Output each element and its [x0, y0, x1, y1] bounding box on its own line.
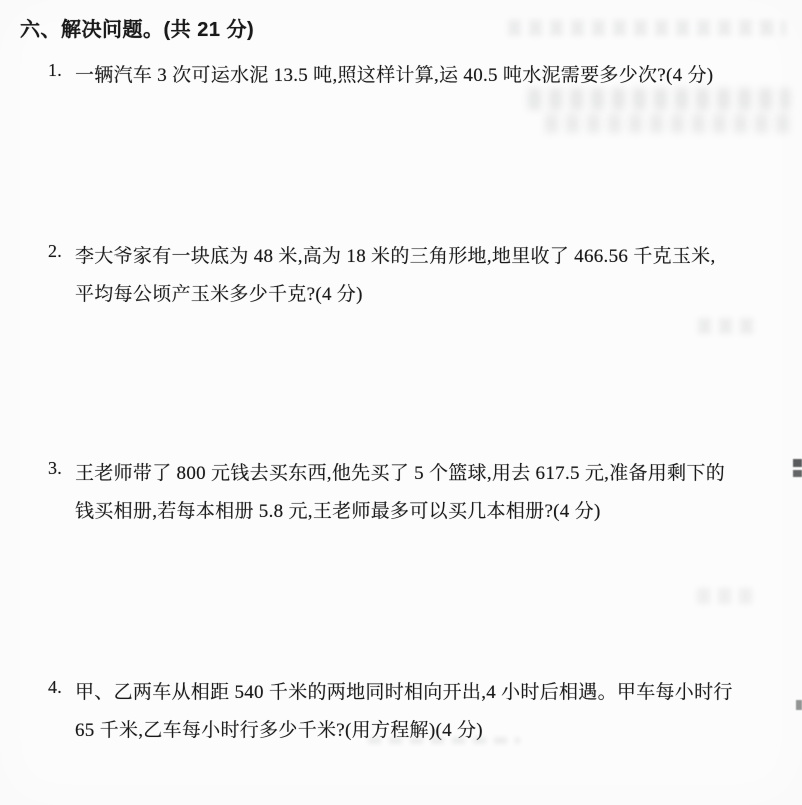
question-4-text: 甲、乙两车从相距 540 千米的两地同时相向开出,4 小时后相遇。甲车每小时行 … [75, 662, 782, 750]
question-1-text: 一辆汽车 3 次可运水泥 13.5 吨,照这样计算,运 40.5 吨水泥需要多少… [75, 45, 782, 95]
question-1-line-1: 一辆汽车 3 次可运水泥 13.5 吨,照这样计算,运 40.5 吨水泥需要多少… [75, 57, 782, 95]
question-4-line-1: 甲、乙两车从相距 540 千米的两地同时相向开出,4 小时后相遇。甲车每小时行 [75, 674, 782, 712]
question-3-number: 3. [48, 455, 74, 482]
question-2-line-1: 李大爷家有一块底为 48 米,高为 18 米的三角形地,地里收了 466.56 … [75, 238, 782, 276]
section-header: 六、解决问题。(共 21 分) [20, 13, 254, 42]
question-1: 1. 一辆汽车 3 次可运水泥 13.5 吨,照这样计算,运 40.5 吨水泥需… [48, 45, 782, 95]
question-2-text: 李大爷家有一块底为 48 米,高为 18 米的三角形地,地里收了 466.56 … [75, 226, 782, 314]
question-4-line-2: 65 千米,乙车每小时行多少千米?(用方程解)(4 分) [75, 712, 782, 750]
question-3-line-2: 钱买相册,若每本相册 5.8 元,王老师最多可以买几本相册?(4 分) [75, 493, 782, 531]
question-3-text: 王老师带了 800 元钱去买东西,他先买了 5 个篮球,用去 617.5 元,准… [75, 443, 782, 531]
bleed-through-ghost-row [508, 20, 786, 36]
page-edge-cutoff-mark [796, 700, 802, 710]
question-4: 4. 甲、乙两车从相距 540 千米的两地同时相向开出,4 小时后相遇。甲车每小… [48, 662, 782, 750]
question-2: 2. 李大爷家有一块底为 48 米,高为 18 米的三角形地,地里收了 466.… [48, 226, 782, 314]
page-edge-cutoff-mark [793, 470, 802, 477]
page-edge-cutoff-mark [793, 459, 802, 467]
bleed-through-smudge [697, 588, 759, 604]
bleed-through-smudge [698, 318, 756, 334]
question-2-number: 2. [48, 238, 74, 265]
bleed-through-ghost-row [545, 114, 790, 133]
question-1-number: 1. [48, 57, 74, 84]
question-3: 3. 王老师带了 800 元钱去买东西,他先买了 5 个篮球,用去 617.5 … [48, 443, 782, 531]
worksheet-page: 六、解决问题。(共 21 分) 1. 一辆汽车 3 次可运水泥 13.5 吨,照… [0, 0, 802, 805]
question-3-line-1: 王老师带了 800 元钱去买东西,他先买了 5 个篮球,用去 617.5 元,准… [75, 455, 782, 493]
question-2-line-2: 平均每公顷产玉米多少千克?(4 分) [75, 276, 782, 314]
question-4-number: 4. [48, 674, 74, 701]
